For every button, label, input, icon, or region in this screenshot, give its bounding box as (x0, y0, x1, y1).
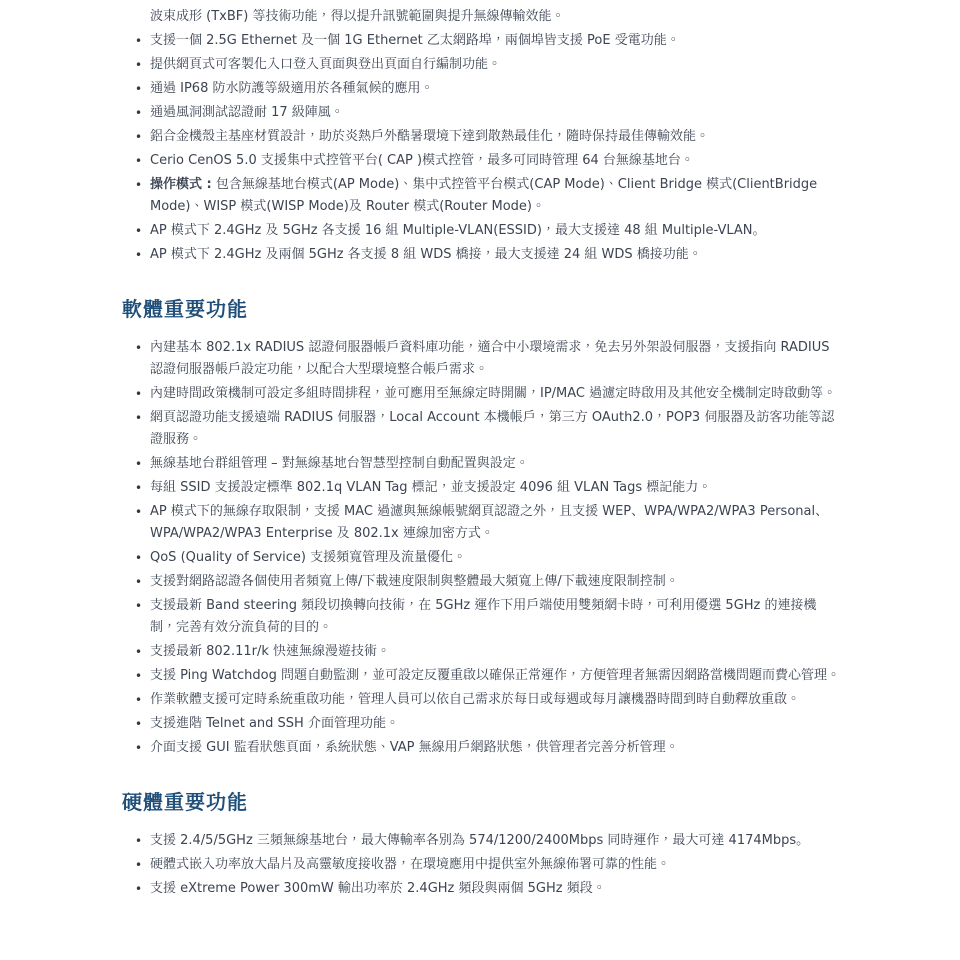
bullet-text: 支援 Ping Watchdog 問題自動監測，並可設定反覆重啟以確保正常運作，… (150, 668, 840, 683)
bullet-text: 通過風洞測試認證耐 17 級陣風。 (150, 105, 344, 120)
bullet-text: Cerio CenOS 5.0 支援集中式控管平台( CAP )模式控管，最多可… (150, 153, 694, 168)
bullet-text: 支援一個 2.5G Ethernet 及一個 1G Ethernet 乙太網路埠… (150, 33, 680, 48)
bullet-item: •無線基地台群組管理 – 對無線基地台智慧型控制自動配置與設定。 (150, 453, 842, 475)
bullet-dot-icon: • (135, 713, 142, 735)
bullet-dot-icon: • (135, 30, 142, 52)
bullet-text: 每組 SSID 支援設定標準 802.1q VLAN Tag 標記，並支援設定 … (150, 480, 711, 495)
bullet-text: 硬體式嵌入功率放大晶片及高靈敏度接收器，在環境應用中提供室外無線佈署可靠的性能。 (150, 857, 670, 872)
intro-continuation-line: 波束成形 (TxBF) 等技術功能，得以提升訊號範圍與提升無線傳輸效能。 (150, 6, 842, 28)
bullet-item: •每組 SSID 支援設定標準 802.1q VLAN Tag 標記，並支援設定… (150, 477, 842, 499)
bullet-dot-icon: • (135, 571, 142, 593)
bullet-dot-icon: • (135, 220, 142, 242)
bullet-item: •操作模式 : 包含無線基地台模式(AP Mode)、集中式控管平台模式(CAP… (150, 174, 842, 218)
bullet-text: 支援進階 Telnet and SSH 介面管理功能。 (150, 716, 399, 731)
bullet-text: AP 模式下的無線存取限制，支援 MAC 過濾與無線帳號網頁認證之外，且支援 W… (150, 504, 828, 541)
hardware-section-heading: 硬體重要功能 (122, 789, 842, 815)
bullet-item: •支援進階 Telnet and SSH 介面管理功能。 (150, 713, 842, 735)
bullet-item: •內建基本 802.1x RADIUS 認證伺服器帳戶資料庫功能，適合中小環境需… (150, 337, 842, 381)
bullet-item: •AP 模式下 2.4GHz 及兩個 5GHz 各支援 8 組 WDS 橋接，最… (150, 244, 842, 266)
bullet-dot-icon: • (135, 665, 142, 687)
bullet-item: •鋁合金機殼主基座材質設計，助於炎熱戶外酷暑環境下達到散熱最佳化，隨時保持最佳傳… (150, 126, 842, 148)
software-bullet-list: •內建基本 802.1x RADIUS 認證伺服器帳戶資料庫功能，適合中小環境需… (150, 337, 842, 759)
bullet-text: 無線基地台群組管理 – 對無線基地台智慧型控制自動配置與設定。 (150, 456, 529, 471)
bullet-text: 作業軟體支援可定時系統重啟功能，管理人員可以依自己需求於每日或每週或每月讓機器時… (150, 692, 800, 707)
bullet-dot-icon: • (135, 244, 142, 266)
software-section-heading: 軟體重要功能 (122, 296, 842, 322)
bullet-dot-icon: • (135, 126, 142, 148)
bullet-dot-icon: • (135, 102, 142, 124)
bullet-text: 介面支援 GUI 監看狀態頁面，系統狀態、VAP 無線用戶網路狀態，供管理者完善… (150, 740, 679, 755)
bullet-dot-icon: • (135, 337, 142, 359)
bullet-dot-icon: • (135, 407, 142, 429)
bullet-item: •支援一個 2.5G Ethernet 及一個 1G Ethernet 乙太網路… (150, 30, 842, 52)
bullet-item: •作業軟體支援可定時系統重啟功能，管理人員可以依自己需求於每日或每週或每月讓機器… (150, 689, 842, 711)
bullet-bold-prefix: 操作模式 : (150, 177, 212, 192)
bullet-dot-icon: • (135, 150, 142, 172)
bullet-item: •支援最新 Band steering 頻段切換轉向技術，在 5GHz 運作下用… (150, 595, 842, 639)
bullet-dot-icon: • (135, 54, 142, 76)
bullet-dot-icon: • (135, 689, 142, 711)
bullet-text: AP 模式下 2.4GHz 及兩個 5GHz 各支援 8 組 WDS 橋接，最大… (150, 247, 702, 262)
bullet-text: 支援最新 Band steering 頻段切換轉向技術，在 5GHz 運作下用戶… (150, 598, 817, 635)
bullet-dot-icon: • (135, 547, 142, 569)
bullet-item: •網頁認證功能支援遠端 RADIUS 伺服器，Local Account 本機帳… (150, 407, 842, 451)
bullet-dot-icon: • (135, 830, 142, 852)
bullet-item: •支援 Ping Watchdog 問題自動監測，並可設定反覆重啟以確保正常運作… (150, 665, 842, 687)
bullet-text: 支援最新 802.11r/k 快速無線漫遊技術。 (150, 644, 390, 659)
bullet-text: 內建時間政策機制可設定多組時間排程，並可應用至無線定時開關，IP/MAC 過濾定… (150, 386, 836, 401)
bullet-item: •提供網頁式可客製化入口登入頁面與登出頁面自行編制功能。 (150, 54, 842, 76)
bullet-item: •硬體式嵌入功率放大晶片及高靈敏度接收器，在環境應用中提供室外無線佈署可靠的性能… (150, 854, 842, 876)
bullet-item: •支援最新 802.11r/k 快速無線漫遊技術。 (150, 641, 842, 663)
bullet-item: •介面支援 GUI 監看狀態頁面，系統狀態、VAP 無線用戶網路狀態，供管理者完… (150, 737, 842, 759)
bullet-item: •通過風洞測試認證耐 17 級陣風。 (150, 102, 842, 124)
bullet-dot-icon: • (135, 174, 142, 196)
bullet-item: •QoS (Quality of Service) 支援頻寬管理及流量優化。 (150, 547, 842, 569)
bullet-text: 通過 IP68 防水防護等級適用於各種氣候的應用。 (150, 81, 433, 96)
bullet-dot-icon: • (135, 595, 142, 617)
bullet-text: 支援 2.4/5/5GHz 三頻無線基地台，最大傳輸率各別為 574/1200/… (150, 833, 809, 848)
bullet-item: •內建時間政策機制可設定多組時間排程，並可應用至無線定時開關，IP/MAC 過濾… (150, 383, 842, 405)
bullet-dot-icon: • (135, 477, 142, 499)
bullet-text: 網頁認證功能支援遠端 RADIUS 伺服器，Local Account 本機帳戶… (150, 410, 834, 447)
intro-bullet-list: •支援一個 2.5G Ethernet 及一個 1G Ethernet 乙太網路… (150, 30, 842, 266)
bullet-item: •AP 模式下 2.4GHz 及 5GHz 各支援 16 組 Multiple-… (150, 220, 842, 242)
bullet-text: 支援 eXtreme Power 300mW 輸出功率於 2.4GHz 頻段與兩… (150, 881, 606, 896)
bullet-dot-icon: • (135, 878, 142, 900)
bullet-text: 支援對網路認證各個使用者頻寬上傳/下載速度限制與整體最大頻寬上傳/下載速度限制控… (150, 574, 679, 589)
bullet-item: •Cerio CenOS 5.0 支援集中式控管平台( CAP )模式控管，最多… (150, 150, 842, 172)
bullet-text: 內建基本 802.1x RADIUS 認證伺服器帳戶資料庫功能，適合中小環境需求… (150, 340, 829, 377)
bullet-dot-icon: • (135, 854, 142, 876)
bullet-dot-icon: • (135, 383, 142, 405)
bullet-text: QoS (Quality of Service) 支援頻寬管理及流量優化。 (150, 550, 466, 565)
bullet-dot-icon: • (135, 453, 142, 475)
document-page: 波束成形 (TxBF) 等技術功能，得以提升訊號範圍與提升無線傳輸效能。 •支援… (0, 0, 960, 900)
bullet-dot-icon: • (135, 641, 142, 663)
bullet-item: •支援 2.4/5/5GHz 三頻無線基地台，最大傳輸率各別為 574/1200… (150, 830, 842, 852)
bullet-item: •通過 IP68 防水防護等級適用於各種氣候的應用。 (150, 78, 842, 100)
hardware-bullet-list: •支援 2.4/5/5GHz 三頻無線基地台，最大傳輸率各別為 574/1200… (150, 830, 842, 900)
bullet-dot-icon: • (135, 737, 142, 759)
bullet-text: 鋁合金機殼主基座材質設計，助於炎熱戶外酷暑環境下達到散熱最佳化，隨時保持最佳傳輸… (150, 129, 709, 144)
bullet-item: •AP 模式下的無線存取限制，支援 MAC 過濾與無線帳號網頁認證之外，且支援 … (150, 501, 842, 545)
bullet-text: 操作模式 : 包含無線基地台模式(AP Mode)、集中式控管平台模式(CAP … (150, 177, 817, 214)
bullet-dot-icon: • (135, 501, 142, 523)
bullet-dot-icon: • (135, 78, 142, 100)
bullet-item: •支援 eXtreme Power 300mW 輸出功率於 2.4GHz 頻段與… (150, 878, 842, 900)
bullet-text: AP 模式下 2.4GHz 及 5GHz 各支援 16 組 Multiple-V… (150, 223, 766, 238)
bullet-item: •支援對網路認證各個使用者頻寬上傳/下載速度限制與整體最大頻寬上傳/下載速度限制… (150, 571, 842, 593)
bullet-text: 提供網頁式可客製化入口登入頁面與登出頁面自行編制功能。 (150, 57, 501, 72)
